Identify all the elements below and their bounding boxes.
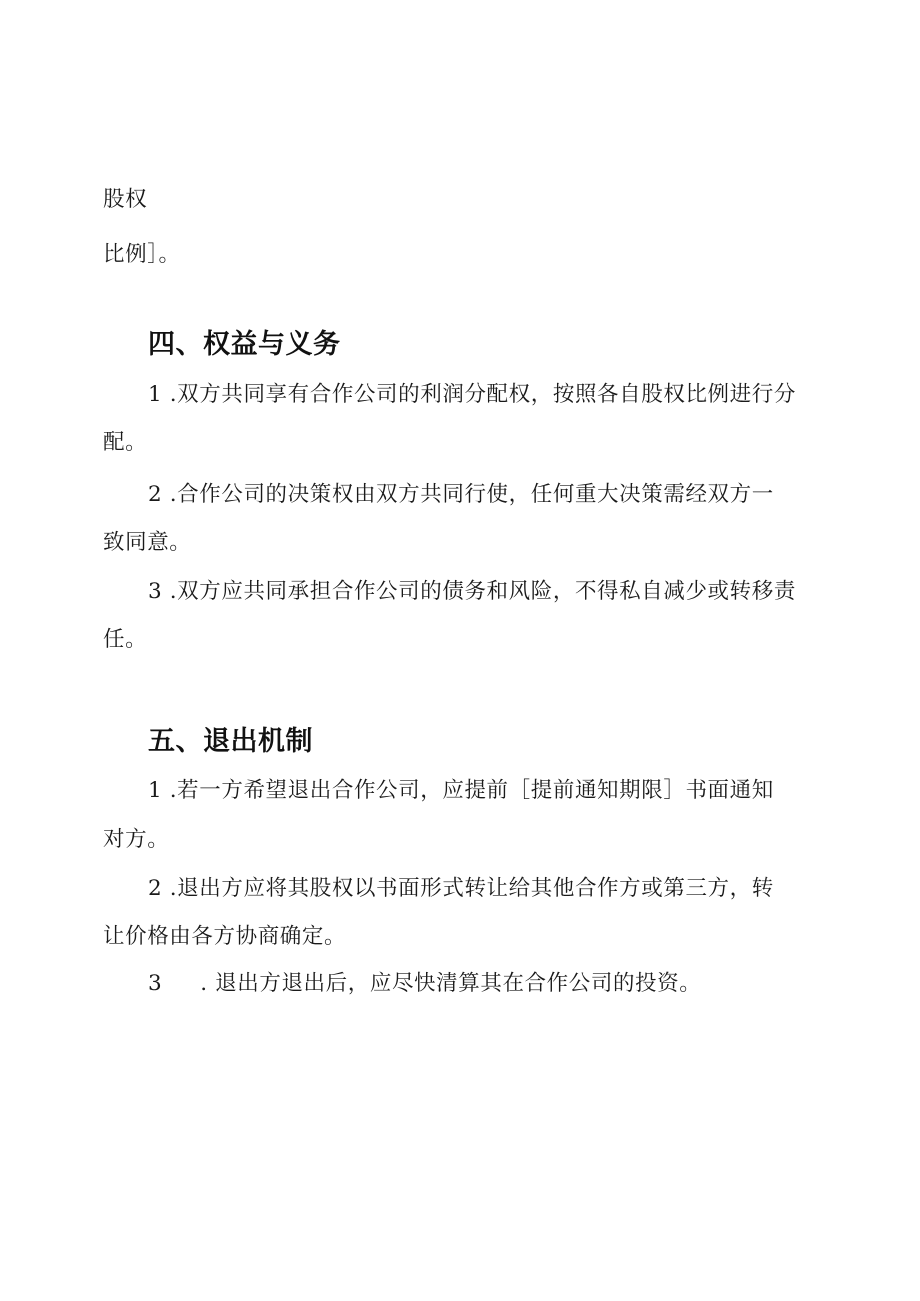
clause-5-1-line-2: 对方。 (103, 825, 169, 855)
clause-text: .退出方应将其股权以书面形式转让给其他合作方或第三方，转 (162, 876, 774, 901)
clause-5-2-line-1: 2 .退出方应将其股权以书面形式转让给其他合作方或第三方，转 (148, 874, 774, 904)
clause-4-2-line-1: 2 .合作公司的决策权由双方共同行使，任何重大决策需经双方一 (148, 480, 774, 510)
clause-4-1-line-1: 1 .双方共同享有合作公司的利润分配权，按照各自股权比例进行分 (148, 380, 796, 410)
clause-4-3-line-2: 任。 (103, 625, 147, 655)
clause-5-1-line-1: 1 .若一方希望退出合作公司，应提前［提前通知期限］书面通知 (148, 776, 774, 806)
clause-5-2-line-2: 让价格由各方协商确定。 (103, 922, 346, 952)
clause-number: 1 (148, 380, 162, 410)
clause-text: .双方共同享有合作公司的利润分配权，按照各自股权比例进行分 (162, 382, 796, 407)
fragment-line-2: 比例］。 (103, 240, 181, 270)
fragment-line-1: 股权 (103, 185, 147, 215)
clause-4-3-line-1: 3 .双方应共同承担合作公司的债务和风险，不得私自减少或转移责 (148, 577, 796, 607)
document-page: 股权 比例］。 四、权益与义务 1 .双方共同享有合作公司的利润分配权，按照各自… (0, 0, 920, 1301)
section-heading-exit-mechanism: 五、退出机制 (148, 724, 313, 760)
clause-number: 2 (148, 874, 162, 904)
clause-number: 3 (148, 969, 162, 999)
clause-number: 3 (148, 577, 162, 607)
clause-text: .若一方希望退出合作公司，应提前［提前通知期限］书面通知 (162, 778, 774, 803)
clause-text: .双方应共同承担合作公司的债务和风险，不得私自减少或转移责 (162, 579, 796, 604)
clause-4-1-line-2: 配。 (103, 428, 147, 458)
clause-number: 2 (148, 480, 162, 510)
clause-number: 1 (148, 776, 162, 806)
clause-5-3-line-1: 3. 退出方退出后，应尽快清算其在合作公司的投资。 (148, 969, 701, 999)
clause-4-2-line-2: 致同意。 (103, 528, 191, 558)
clause-text: . 退出方退出后，应尽快清算其在合作公司的投资。 (200, 971, 701, 996)
clause-text: .合作公司的决策权由双方共同行使，任何重大决策需经双方一 (162, 482, 774, 507)
section-heading-rights-obligations: 四、权益与义务 (148, 327, 341, 363)
